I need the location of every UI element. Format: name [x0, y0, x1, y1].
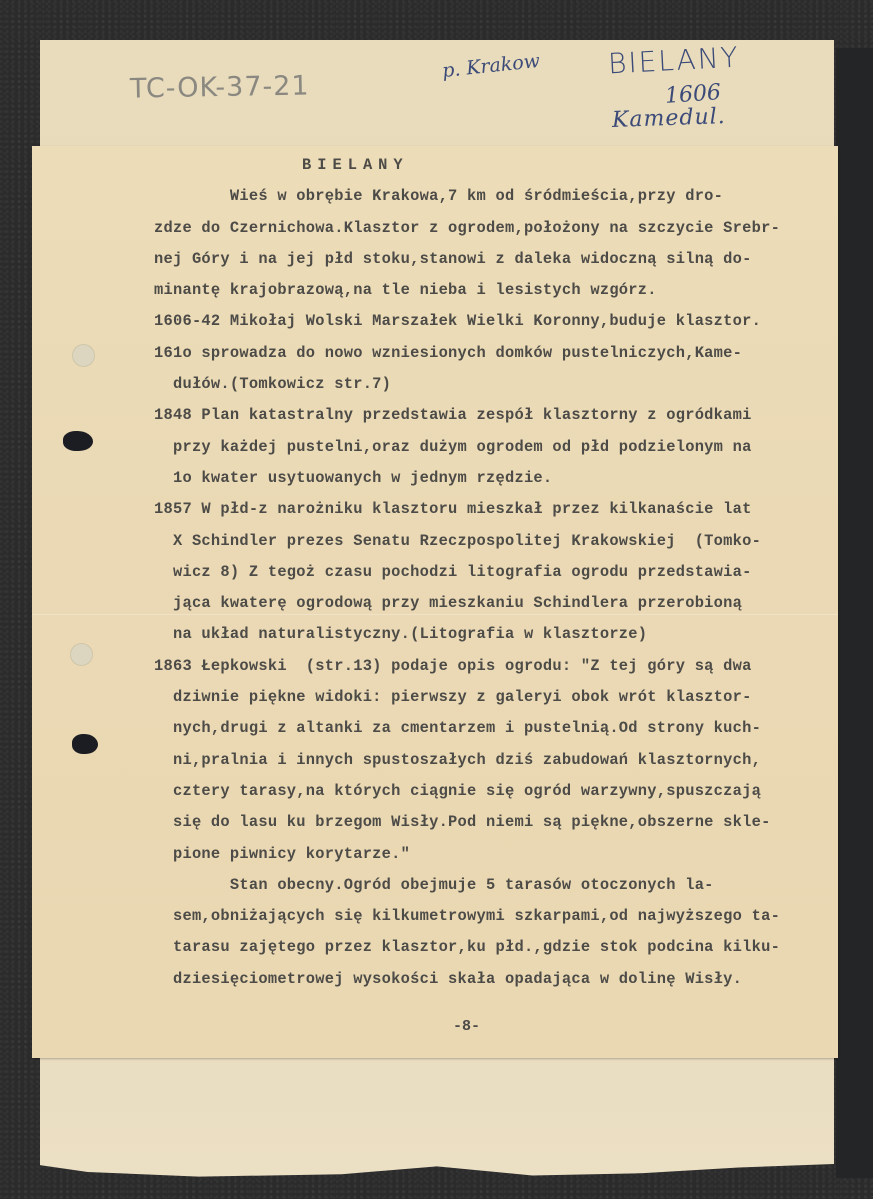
background-strip: [836, 48, 873, 1178]
text-line: ni,pralnia i innych spustoszałych dziś z…: [154, 745, 834, 776]
text-line: nej Góry i na jej płd stoku,stanowi z da…: [154, 244, 834, 275]
text-line: wicz 8) Z tegoż czasu pochodzi litografi…: [154, 557, 834, 588]
text-line: 161o sprowadza do nowo wzniesionych domk…: [154, 338, 834, 369]
text-line: pione piwnicy korytarze.": [154, 839, 834, 870]
text-line: na układ naturalistyczny.(Litografia w k…: [154, 619, 834, 650]
page-number: -8-: [453, 1018, 480, 1035]
ink-blot-icon: [72, 734, 98, 754]
text-line: tarasu zajętego przez klasztor,ku płd.,g…: [154, 932, 834, 963]
punch-hole-icon: [70, 643, 93, 666]
text-line: 1o kwater usytuowanych w jednym rzędzie.: [154, 463, 834, 494]
document-title: BIELANY: [154, 150, 834, 181]
text-line: dułów.(Tomkowicz str.7): [154, 369, 834, 400]
text-line: 1606-42 Mikołaj Wolski Marszałek Wielki …: [154, 306, 834, 337]
text-line: X Schindler prezes Senatu Rzeczpospolite…: [154, 526, 834, 557]
text-line: sem,obniżających się kilkumetrowymi szka…: [154, 901, 834, 932]
typed-text: BIELANY Wieś w obrębie Krakowa,7 km od ś…: [154, 150, 834, 995]
text-line: Stan obecny.Ogród obejmuje 5 tarasów oto…: [154, 870, 834, 901]
text-line: jąca kwaterę ogrodową przy mieszkaniu Sc…: [154, 588, 834, 619]
catalog-number: TC-OK-37-21: [130, 70, 310, 104]
text-line: dziwnie piękne widoki: pierwszy z galery…: [154, 682, 834, 713]
text-line: Wieś w obrębie Krakowa,7 km od śródmieśc…: [154, 181, 834, 212]
text-line: 1848 Plan katastralny przedstawia zespół…: [154, 400, 834, 431]
text-line: się do lasu ku brzegom Wisły.Pod niemi s…: [154, 807, 834, 838]
handwritten-order: Kamedul.: [612, 104, 727, 133]
punch-hole-icon: [72, 344, 95, 367]
handwritten-title: BIELANY: [607, 41, 740, 81]
text-line: zdze do Czernichowa.Klasztor z ogrodem,p…: [154, 213, 834, 244]
text-line: 1863 Łepkowski (str.13) podaje opis ogro…: [154, 651, 834, 682]
text-line: nych,drugi z altanki za cmentarzem i pus…: [154, 713, 834, 744]
text-line: minantę krajobrazową,na tle nieba i lesi…: [154, 275, 834, 306]
text-line: dziesięciometrowej wysokości skała opada…: [154, 964, 834, 995]
text-line: 1857 W płd-z narożniku klasztoru mieszka…: [154, 494, 834, 525]
text-line: przy każdej pustelni,oraz dużym ogrodem …: [154, 432, 834, 463]
text-line: cztery tarasy,na których ciągnie się ogr…: [154, 776, 834, 807]
ink-blot-icon: [63, 431, 93, 451]
